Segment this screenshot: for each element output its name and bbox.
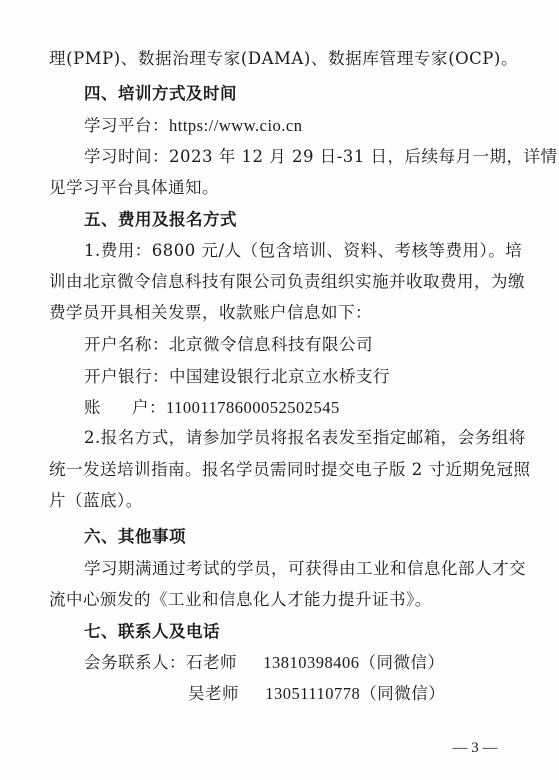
platform-url: https://www.cio.cn [169,116,303,135]
account-number-line: 账户：11001178600052502545 [84,396,518,420]
page-number: — 3 — [430,736,520,760]
learning-time-line-1: 学习时间：2023 年 12 月 29 日-31 日，后续每月一期，详情 [84,145,518,169]
section-7-heading: 七、联系人及电话 [84,620,518,644]
contact-phone: 13810398406 [263,651,359,675]
contact-name: 石老师 [186,651,246,675]
document-page: 理(PMP)、数据治理专家(DAMA)、数据库管理专家(OCP)。 四、培训方式… [0,0,559,780]
bank-label: 开户银行： [84,367,169,386]
learning-platform-line: 学习平台：https://www.cio.cn [84,114,518,138]
bank-value: 中国建设银行北京立水桥支行 [169,367,390,386]
register-line-1: 2.报名方式，请参加学员将报名表发至指定邮箱，会务组将 [84,426,518,450]
register-line-3: 片（蓝底）。 [49,489,518,513]
fee-line-1: 1.费用：6800 元/人（包含培训、资料、考核等费用）。培 [84,239,518,263]
section-4-heading: 四、培训方式及时间 [84,82,518,106]
contact-note: （同微信） [360,653,445,672]
bank-line: 开户银行：中国建设银行北京立水桥支行 [84,365,518,389]
contact-label: 会务联系人： [84,653,186,672]
other-line-1: 学习期满通过考试的学员，可获得由工业和信息化部人才交 [84,557,518,581]
section-5-heading: 五、费用及报名方式 [84,208,518,232]
contact-name: 吴老师 [188,682,248,706]
contact-note: （同微信） [360,684,445,703]
platform-label: 学习平台： [84,116,169,135]
continuation-line: 理(PMP)、数据治理专家(DAMA)、数据库管理专家(OCP)。 [49,47,518,71]
register-line-2: 统一发送培训指南。报名学员需同时提交电子版 2 寸近期免冠照 [49,458,518,482]
fee-line-2: 训由北京微令信息科技有限公司负责组织实施并收取费用，为缴 [49,270,518,294]
fee-line-3: 费学员开具相关发票，收款账户信息如下： [49,301,518,325]
other-line-2: 流中心颁发的《工业和信息化人才能力提升证书》。 [49,588,518,612]
account-name-label: 开户名称： [84,335,169,354]
account-name-value: 北京微令信息科技有限公司 [169,335,373,354]
account-label: 账户： [84,396,166,420]
account-label-part2: 户： [132,398,166,417]
account-number-value: 11001178600052502545 [166,398,340,417]
contact-phone: 13051110778 [265,682,360,706]
contact-line-1: 会务联系人：石老师 13810398406（同微信） [84,651,518,675]
account-name-line: 开户名称：北京微令信息科技有限公司 [84,333,518,357]
section-6-heading: 六、其他事项 [84,525,518,549]
account-label-part1: 账 [84,396,132,420]
learning-time-line-2: 见学习平台具体通知。 [49,176,518,200]
contact-line-2: 吴老师 13051110778（同微信） [188,682,518,706]
